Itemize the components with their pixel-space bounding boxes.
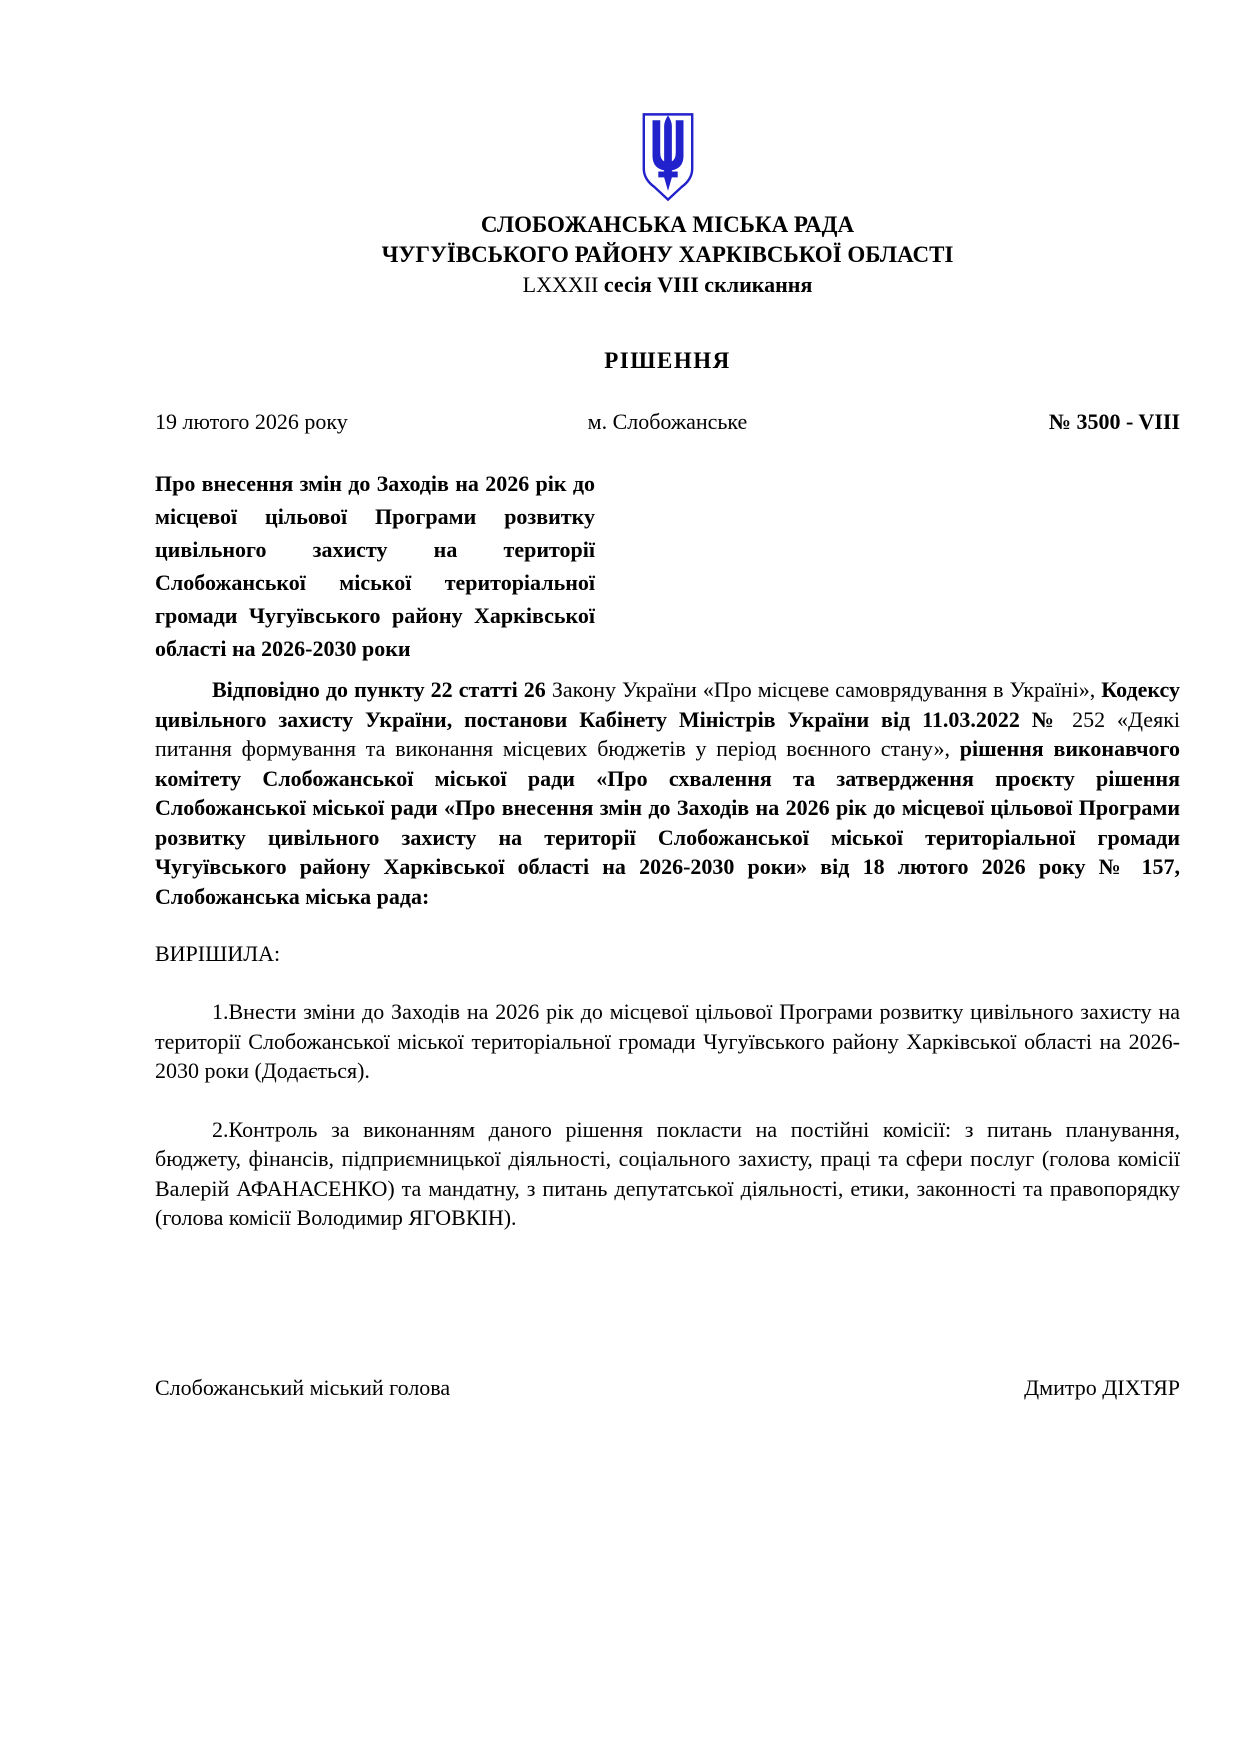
document-page: СЛОБОЖАНСЬКА МІСЬКА РАДА ЧУГУЇВСЬКОГО РА… [0, 0, 1240, 1754]
document-content: СЛОБОЖАНСЬКА МІСЬКА РАДА ЧУГУЇВСЬКОГО РА… [155, 0, 1180, 1401]
signature-row: Слобожанський міський голова Дмитро ДІХТ… [155, 1375, 1180, 1401]
emblem-container [155, 0, 1180, 204]
council-name: СЛОБОЖАНСЬКА МІСЬКА РАДА [155, 210, 1180, 240]
resolution-item-2: 2.Контроль за виконанням даного рішення … [155, 1115, 1180, 1233]
resolution-item-1: 1.Внести зміни до Заходів на 2026 рік до… [155, 997, 1180, 1086]
preamble-paragraph: Відповідно до пункту 22 статті 26 Закону… [155, 675, 1180, 911]
document-place: м. Слобожанське [493, 409, 842, 435]
document-number: № 3500 - VIII [842, 409, 1180, 435]
document-type-title: РІШЕННЯ [155, 348, 1180, 374]
council-district: ЧУГУЇВСЬКОГО РАЙОНУ ХАРКІВСЬКОЇ ОБЛАСТІ [155, 240, 1180, 270]
document-date: 19 лютого 2026 року [155, 409, 493, 435]
meta-row: 19 лютого 2026 року м. Слобожанське № 35… [155, 409, 1180, 435]
signature-title: Слобожанський міський голова [155, 1375, 450, 1401]
subject-block: Про внесення змін до Заходів на 2026 рік… [155, 467, 595, 665]
tryzub-emblem-icon [637, 112, 699, 202]
session-line: LXXXII сесія VIII скликання [155, 270, 1180, 300]
resolved-label: ВИРІШИЛА: [155, 939, 1180, 968]
signature-name: Дмитро ДІХТЯР [1024, 1375, 1180, 1401]
